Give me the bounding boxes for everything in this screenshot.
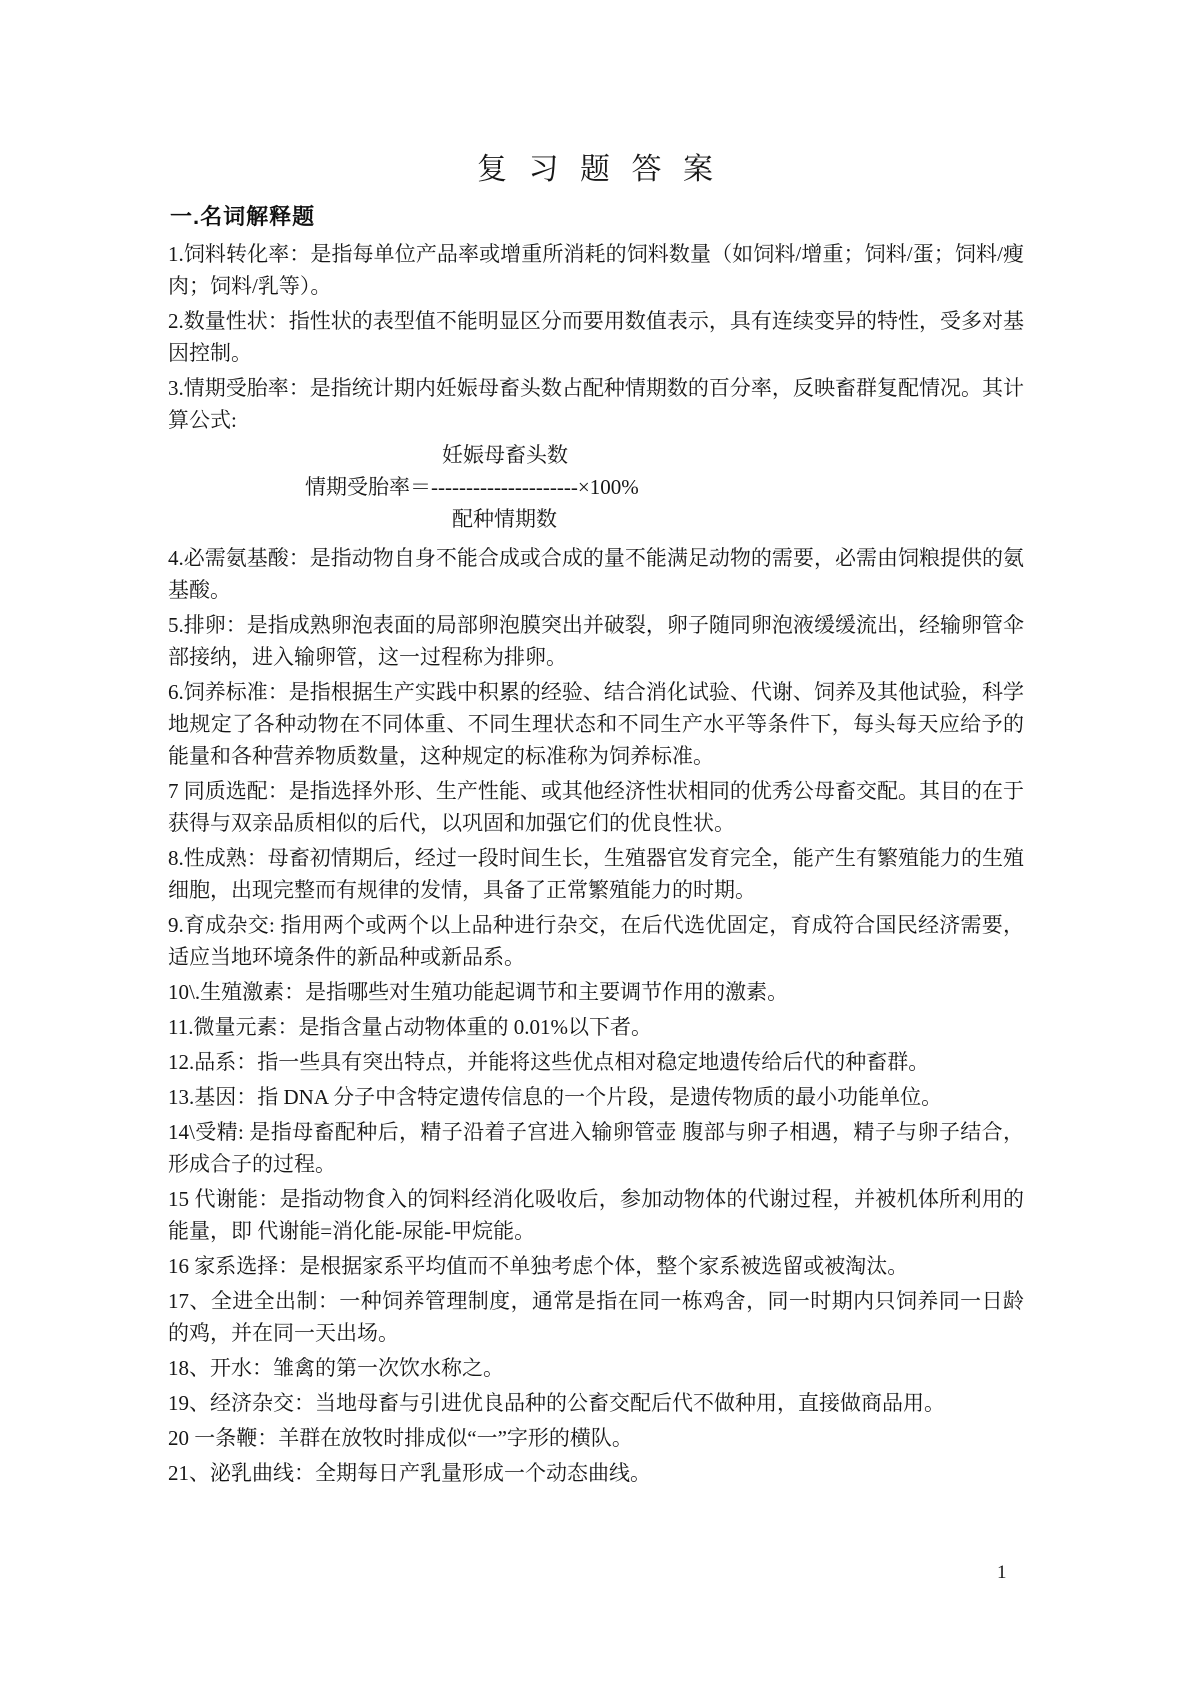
- text-column: 复 习 题 答 案 一.名词解释题 1.饲料转化率：是指每单位产品率或增重所消耗…: [168, 0, 1024, 1492]
- definition-item: 10\.生殖激素：是指哪些对生殖功能起调节和主要调节作用的激素。: [168, 976, 1024, 1008]
- section-heading: 一.名词解释题: [170, 203, 1024, 231]
- definition-item: 14\受精: 是指母畜配种后，精子沿着子宫进入输卵管壶 腹部与卵子相遇，精子与卵…: [168, 1116, 1024, 1180]
- definition-item: 9.育成杂交: 指用两个或两个以上品种进行杂交，在后代选优固定，育成符合国民经济…: [168, 909, 1024, 973]
- definition-item: 11.微量元素：是指含量占动物体重的 0.01%以下者。: [168, 1011, 1024, 1043]
- definition-item: 16 家系选择：是根据家系平均值而不单独考虑个体，整个家系被选留或被淘汰。: [168, 1250, 1024, 1282]
- formula-numerator: 妊娠母畜头数: [168, 439, 1024, 471]
- definitions-list-top: 1.饲料转化率：是指每单位产品率或增重所消耗的饲料数量（如饲料/增重；饲料/蛋；…: [168, 238, 1024, 436]
- definition-item: 4.必需氨基酸：是指动物自身不能合成或合成的量不能满足动物的需要，必需由饲粮提供…: [168, 542, 1024, 606]
- formula-denominator: 配种情期数: [168, 503, 1024, 535]
- page-title: 复 习 题 答 案: [168, 152, 1024, 188]
- definition-item: 5.排卵：是指成熟卵泡表面的局部卵泡膜突出并破裂，卵子随同卵泡液缓缓流出，经输卵…: [168, 609, 1024, 673]
- definitions-list-bottom: 4.必需氨基酸：是指动物自身不能合成或合成的量不能满足动物的需要，必需由饲粮提供…: [168, 542, 1024, 1489]
- definition-item: 21、泌乳曲线：全期每日产乳量形成一个动态曲线。: [168, 1457, 1024, 1489]
- definition-item: 12.品系：指一些具有突出特点，并能将这些优点相对稳定地遗传给后代的种畜群。: [168, 1046, 1024, 1078]
- definition-item: 18、开水：雏禽的第一次饮水称之。: [168, 1352, 1024, 1384]
- definition-item: 1.饲料转化率：是指每单位产品率或增重所消耗的饲料数量（如饲料/增重；饲料/蛋；…: [168, 238, 1024, 302]
- definition-item: 7 同质选配：是指选择外形、生产性能、或其他经济性状相同的优秀公母畜交配。其目的…: [168, 775, 1024, 839]
- definition-item: 3.情期受胎率：是指统计期内妊娠母畜头数占配种情期数的百分率，反映畜群复配情况。…: [168, 372, 1024, 436]
- definition-item: 19、经济杂交：当地母畜与引进优良品种的公畜交配后代不做种用，直接做商品用。: [168, 1387, 1024, 1419]
- definition-item: 15 代谢能：是指动物食入的饲料经消化吸收后，参加动物体的代谢过程，并被机体所利…: [168, 1183, 1024, 1247]
- page-number: 1: [997, 1561, 1007, 1585]
- definition-item: 6.饲养标准：是指根据生产实践中积累的经验、结合消化试验、代谢、饲养及其他试验，…: [168, 676, 1024, 772]
- definition-item: 13.基因：指 DNA 分子中含特定遗传信息的一个片段，是遗传物质的最小功能单位…: [168, 1081, 1024, 1113]
- formula-expression: 情期受胎率＝---------------------×100%: [168, 471, 1024, 503]
- definition-item: 20 一条鞭：羊群在放牧时排成似“一”字形的横队。: [168, 1422, 1024, 1454]
- document-page: 复 习 题 答 案 一.名词解释题 1.饲料转化率：是指每单位产品率或增重所消耗…: [0, 0, 1190, 1683]
- definition-item: 2.数量性状：指性状的表型值不能明显区分而要用数值表示，具有连续变异的特性，受多…: [168, 305, 1024, 369]
- formula-block: 妊娠母畜头数 情期受胎率＝---------------------×100% …: [168, 439, 1024, 535]
- definition-item: 8.性成熟：母畜初情期后，经过一段时间生长，生殖器官发育完全，能产生有繁殖能力的…: [168, 842, 1024, 906]
- definition-item: 17、全进全出制：一种饲养管理制度，通常是指在同一栋鸡舍，同一时期内只饲养同一日…: [168, 1285, 1024, 1349]
